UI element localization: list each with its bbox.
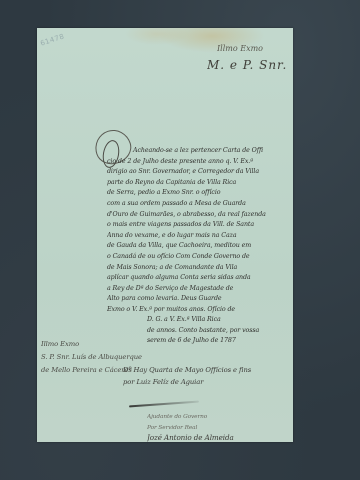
body-line: dirigio ao Snr. Governador, e Corregedor… — [107, 167, 291, 178]
closing-line: de annos. Conto bastante, por vossa — [147, 326, 295, 337]
secretary-block: Ajudante do Governo Por Servidor Real Jo… — [147, 412, 287, 444]
signature-line: Dº Hay Quarta de Mayo Offícios e fins — [123, 364, 293, 376]
body-line: o Canadá de ou ofício Com Conde Governo … — [107, 252, 291, 263]
body-line: de Serra, pedio a Exmo Snr. o offício — [107, 188, 291, 199]
signature-block: Dº Hay Quarta de Mayo Offícios e fins po… — [123, 364, 293, 388]
secretary-signature: Jozé Antonio de Almeida — [147, 433, 287, 444]
body-line: cio de 2 de Julho deste presente anno q.… — [107, 157, 291, 168]
addressee-line: S. P. Snr. Luís de Albuquerque — [41, 351, 201, 364]
letter-body: Acheando-se a lez pertencer Carta de Off… — [107, 146, 291, 316]
body-line: o mais entre viagens passados da Vill. d… — [107, 220, 291, 231]
body-line: aplícar quando alguma Conta seria sidas … — [107, 273, 291, 284]
secretary-subtitle: Por Servidor Real — [147, 423, 287, 434]
signature-line: por Luiz Felíz de Aguiar — [123, 376, 293, 388]
letter-page: 61478 Illmo Exmo M. e P. Snr. Acheando-s… — [37, 28, 293, 442]
body-line: com a sua ordem passado a Mesa de Guarda — [107, 199, 291, 210]
body-line: de Gauda da Villa, que Cachoeira, medito… — [107, 241, 291, 252]
secretary-title: Ajudante do Governo — [147, 412, 287, 423]
body-line: Alto para como levaria. Deus Guarde — [107, 294, 291, 305]
body-line: d'Ouro de Guimarães, o abrabesso, da rea… — [107, 210, 291, 221]
salutation-honorific: Illmo Exmo — [217, 44, 263, 53]
closing-line: D. G. a V. Ex.ª Villa Rica — [147, 315, 295, 326]
body-line: parte do Reyno da Capitania de Villa Ric… — [107, 178, 291, 189]
signature-flourish-icon — [129, 401, 199, 408]
body-line: Anna do vexame, e do lugar mais na Caza — [107, 231, 291, 242]
addressee-line: Illmo Exmo — [41, 338, 201, 351]
salutation: M. e P. Snr. — [207, 58, 287, 72]
body-line: a Rey de Dª do Serviço de Magestade de — [107, 284, 291, 295]
body-line: Acheando-se a lez pertencer Carta de Off… — [107, 146, 291, 157]
body-line: de Mais Sonora; a de Comandante da Vila — [107, 263, 291, 274]
body-line: Exmo o V. Ex.ª por muitos anos. Ofício d… — [107, 305, 291, 316]
archive-number: 61478 — [39, 32, 65, 47]
